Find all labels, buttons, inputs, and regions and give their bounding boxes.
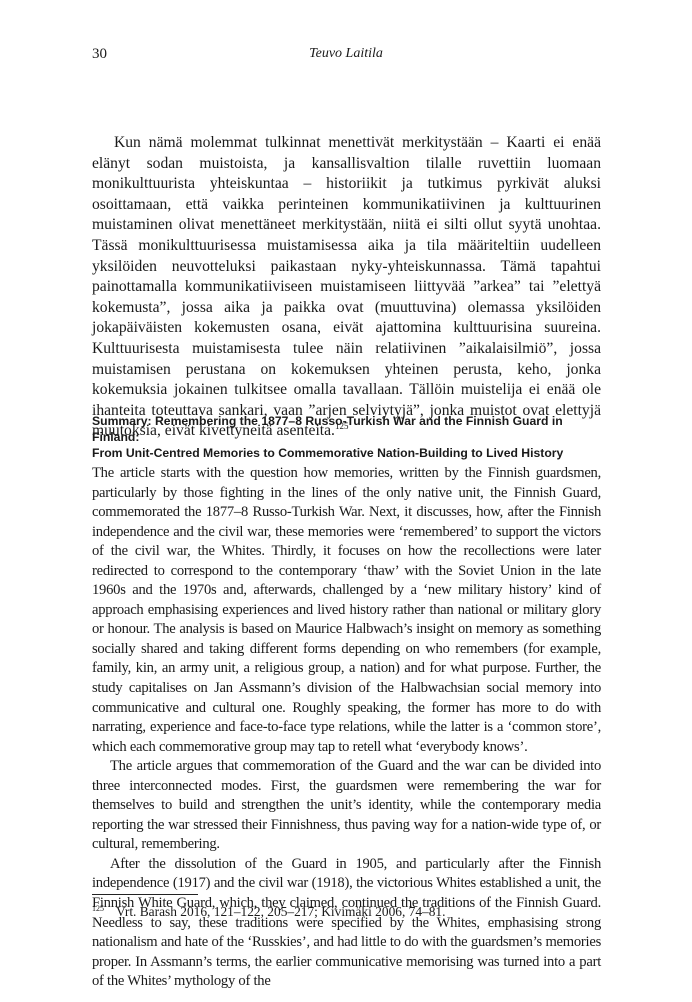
running-head: 30 Teuvo Laitila	[92, 46, 600, 68]
summary-paragraph: After the dissolution of the Guard in 19…	[92, 855, 601, 992]
summary-heading-line-1: Summary: Remembering the 1877–8 Russo-Tu…	[92, 414, 563, 444]
footnote-divider	[92, 894, 198, 895]
footnote-number: 125	[92, 901, 116, 917]
summary-paragraph: The article argues that commemoration of…	[92, 757, 601, 855]
finnish-paragraph: Kun nämä molemmat tulkinnat menettivät m…	[92, 133, 601, 442]
summary-heading-line-2: From Unit-Centred Memories to Commemorat…	[92, 446, 563, 460]
finnish-paragraph-text: Kun nämä molemmat tulkinnat menettivät m…	[92, 134, 601, 439]
footnote: 125Vrt. Barash 2016, 121–122, 205–217; K…	[92, 901, 445, 920]
footnote-text: Vrt. Barash 2016, 121–122, 205–217; Kivi…	[116, 904, 445, 919]
running-title: Teuvo Laitila	[92, 46, 600, 62]
document-page: 30 Teuvo Laitila Kun nämä molemmat tulki…	[0, 0, 692, 1002]
summary-heading: Summary: Remembering the 1877–8 Russo-Tu…	[92, 413, 607, 461]
summary-paragraph: The article starts with the question how…	[92, 464, 601, 757]
